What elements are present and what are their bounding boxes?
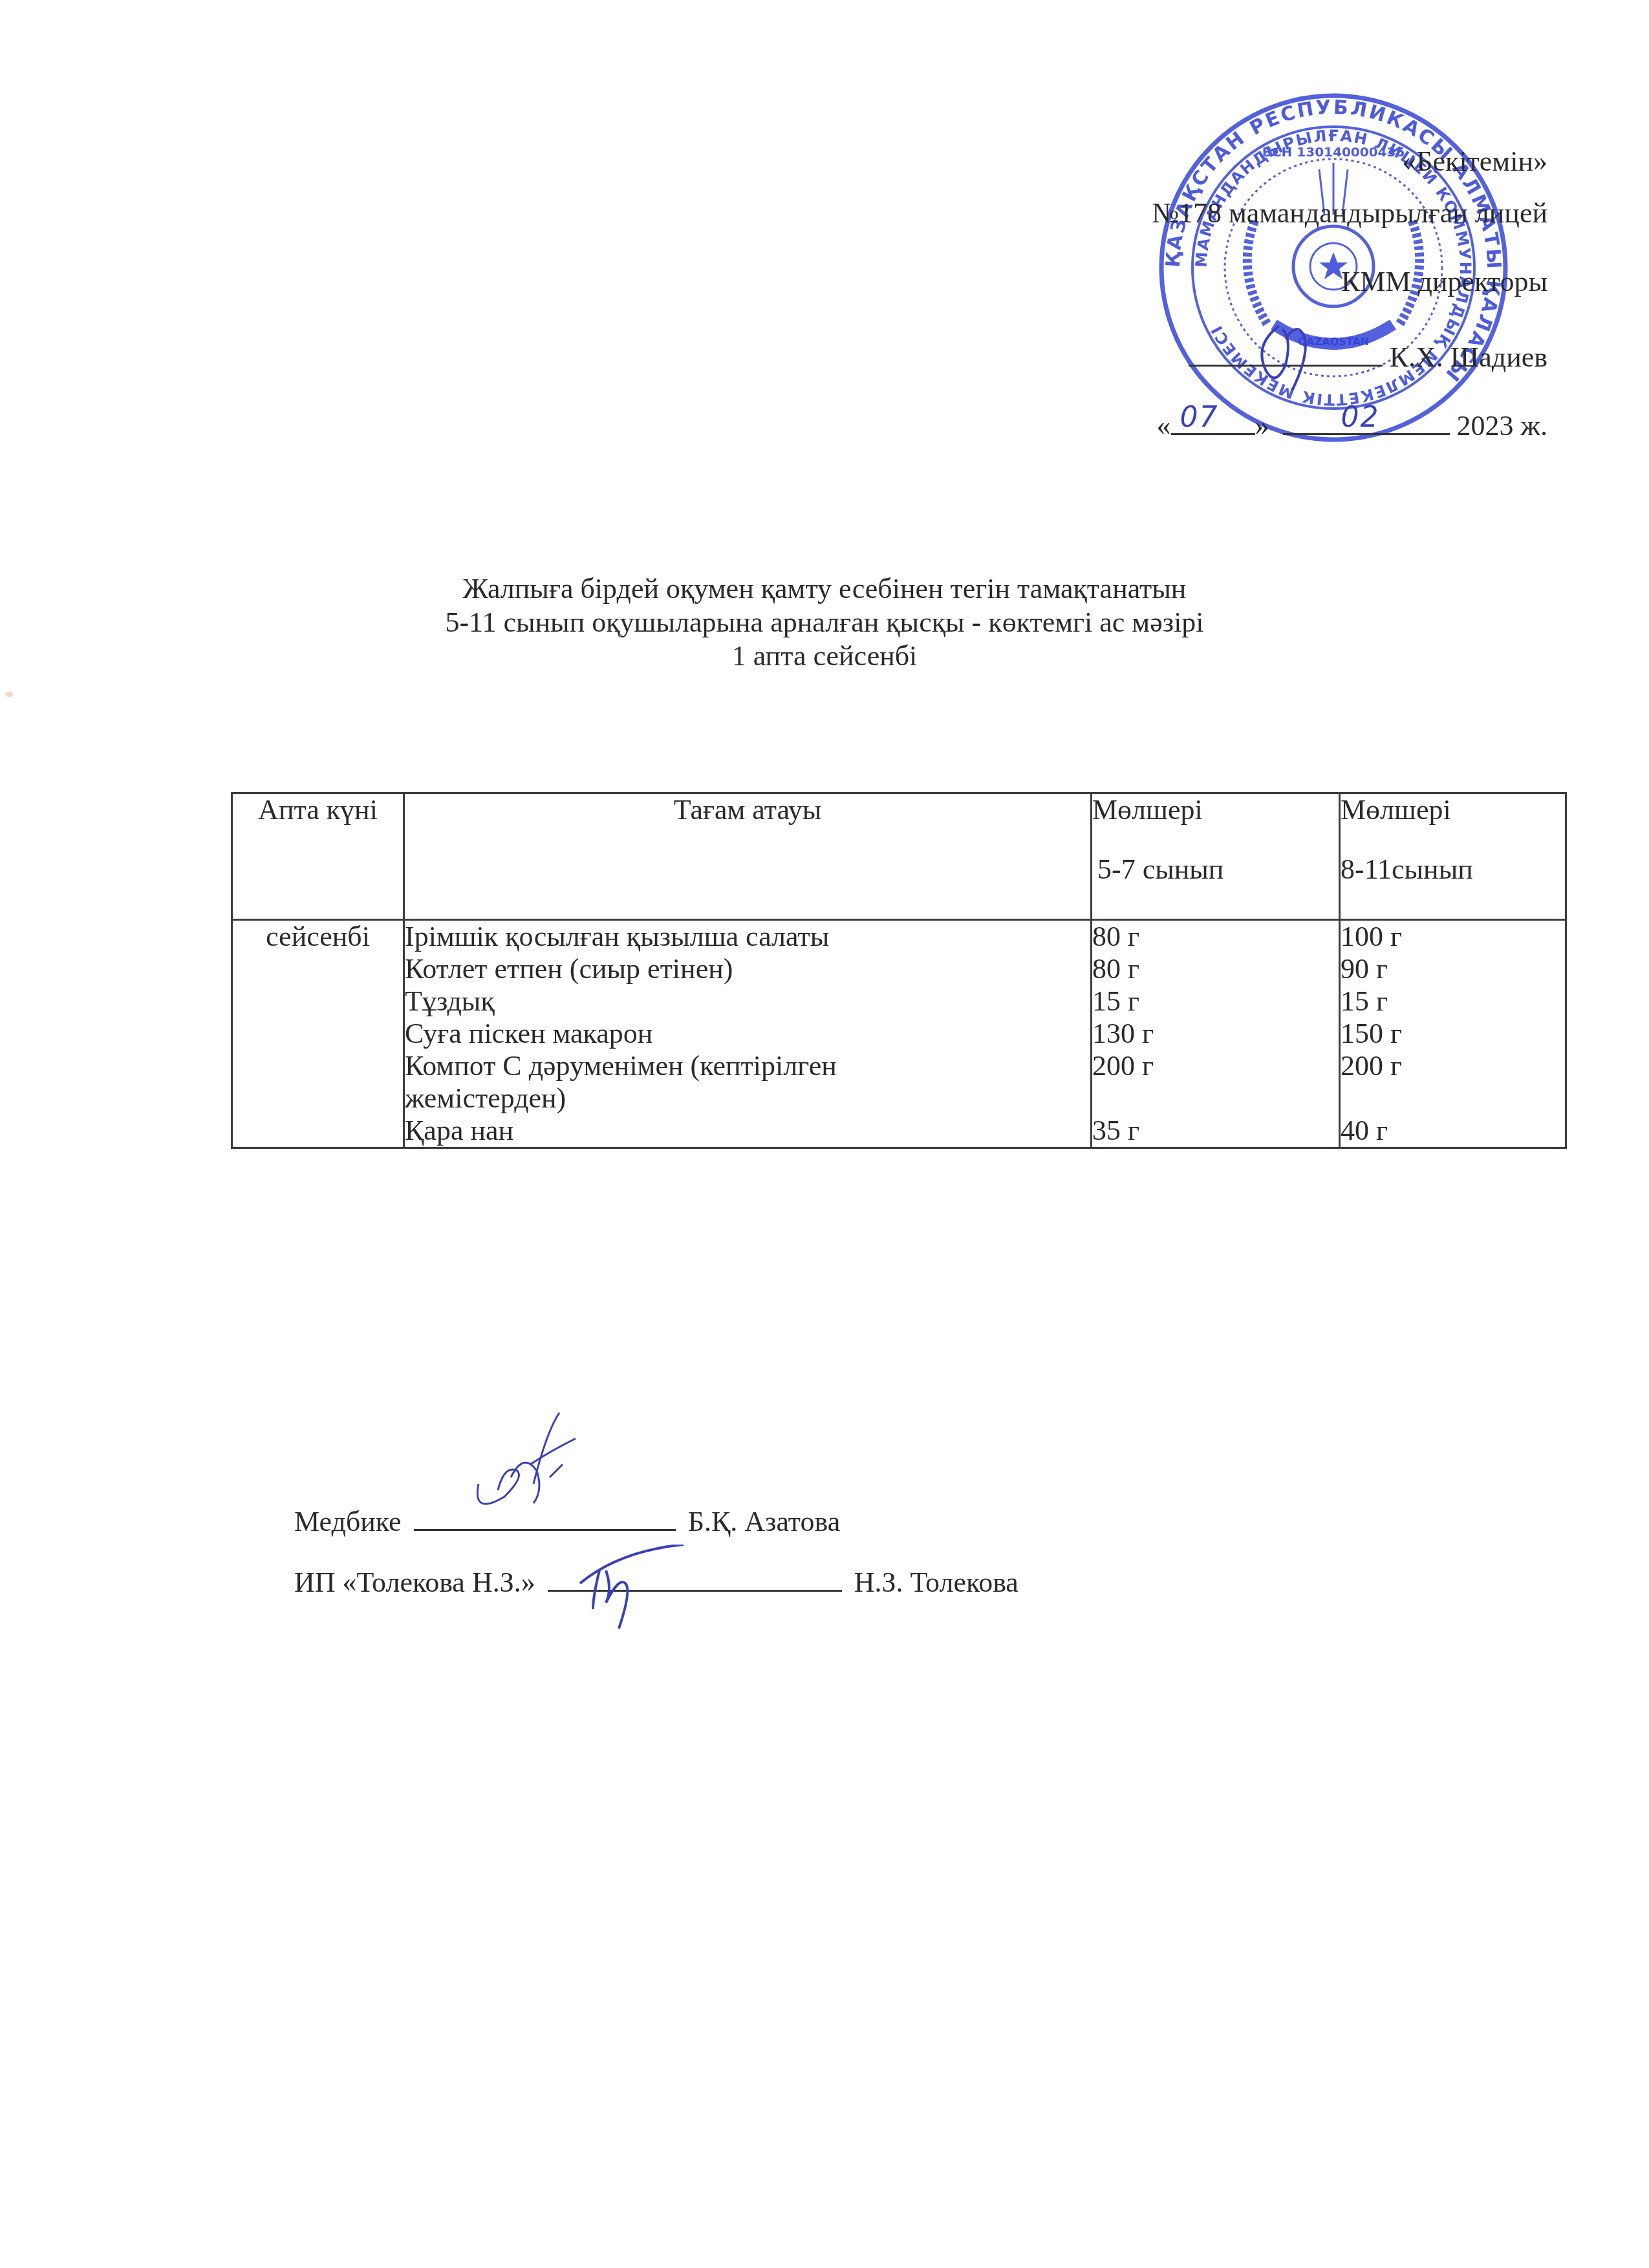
document-title: Жалпыға бірдей оқумен қамту есебінен тег… — [0, 572, 1649, 673]
header-dish: Тағам атауы — [404, 793, 1092, 920]
signature-row-nurse: Медбике Б.Қ. Азатова — [294, 1503, 1018, 1537]
cell-qty-5-7: 80 г 80 г 15 г 130 г 200 г 35 г — [1092, 920, 1340, 1148]
title-line-1: Жалпыға бірдей оқумен қамту есебінен тег… — [0, 572, 1649, 606]
title-line-2: 5-11 сынып оқушыларына арналған қысқы - … — [0, 606, 1649, 639]
date-day-handwritten: 07 — [1180, 403, 1219, 432]
dish-item: Компот С дәруменімен (кептірілген жеміст… — [405, 1050, 935, 1115]
approval-organization: №178 мамандандырылған лицей — [1056, 199, 1547, 237]
title-line-3: 1 апта сейсенбі — [0, 639, 1649, 673]
signature-line — [414, 1503, 676, 1531]
date-month-field: 02 — [1283, 405, 1450, 435]
dish-item: Тұздық — [405, 985, 1090, 1018]
approval-position: КММ директоры — [1056, 268, 1547, 305]
qty-item: 80 г — [1092, 953, 1339, 985]
qty-item: 40 г — [1341, 1115, 1565, 1147]
director-signature-line — [1189, 336, 1383, 367]
signature-role: ИП «Толекова Н.З.» — [294, 1567, 535, 1598]
table-header-row: Апта күні Тағам атауы Мөлшері 5-7 сынып … — [232, 793, 1566, 920]
approval-date-row: «07» 02 2023 ж. — [1056, 405, 1547, 442]
qty-item: 150 г — [1341, 1018, 1565, 1050]
date-year: 2023 ж. — [1457, 410, 1547, 442]
qty-item: 200 г — [1341, 1050, 1565, 1082]
qty-item: 130 г — [1092, 1018, 1339, 1050]
signature-line — [548, 1564, 842, 1592]
approval-block: «Бекітемін» №178 мамандандырылған лицей … — [1056, 147, 1547, 456]
table-row: сейсенбі Ірімшік қосылған қызылша салаты… — [232, 920, 1566, 1148]
menu-table: Апта күні Тағам атауы Мөлшері 5-7 сынып … — [231, 792, 1567, 1149]
signature-role: Медбике — [294, 1506, 402, 1537]
supplier-signature — [567, 1545, 696, 1629]
dish-item: Суға піскен макарон — [405, 1018, 1090, 1050]
nurse-signature — [459, 1406, 588, 1529]
approval-signatory-row: К.Х. Шадиев — [1056, 336, 1547, 374]
dish-item: Ірімшік қосылған қызылша салаты — [405, 921, 1090, 953]
dish-item: Қара нан — [405, 1115, 1090, 1147]
qty-item: 35 г — [1092, 1115, 1339, 1147]
director-signature — [1240, 306, 1344, 397]
qty-item: 15 г — [1092, 985, 1339, 1018]
signature-name: Н.З. Толекова — [854, 1567, 1018, 1598]
date-day-field: 07 — [1171, 405, 1255, 435]
scan-speck — [5, 692, 13, 697]
qty-item: 80 г — [1092, 921, 1339, 953]
cell-dishes: Ірімшік қосылған қызылша салаты Котлет е… — [404, 920, 1092, 1148]
signature-row-supplier: ИП «Толекова Н.З.» Н.З. Толекова — [294, 1564, 1018, 1598]
qty-item: 200 г — [1092, 1050, 1339, 1082]
cell-qty-8-11: 100 г 90 г 15 г 150 г 200 г 40 г — [1340, 920, 1566, 1148]
header-qty-5-7: Мөлшері 5-7 сынып — [1092, 793, 1340, 920]
signatures-block: Медбике Б.Қ. Азатова ИП «Толекова Н.З.» … — [294, 1503, 1018, 1625]
qty-item: 15 г — [1341, 985, 1565, 1018]
qty-item: 90 г — [1341, 953, 1565, 985]
signature-name: Б.Қ. Азатова — [688, 1506, 841, 1537]
header-qty-8-11: Мөлшері 8-11сынып — [1340, 793, 1566, 920]
dish-item: Котлет етпен (сиыр етінен) — [405, 953, 1090, 985]
cell-day: сейсенбі — [232, 920, 404, 1148]
approval-heading: «Бекітемін» — [1056, 147, 1547, 185]
qty-item: 100 г — [1341, 921, 1565, 953]
approval-signatory-name: К.Х. Шадиев — [1390, 341, 1547, 373]
date-month-handwritten: 02 — [1341, 403, 1380, 432]
header-day: Апта күні — [232, 793, 404, 920]
